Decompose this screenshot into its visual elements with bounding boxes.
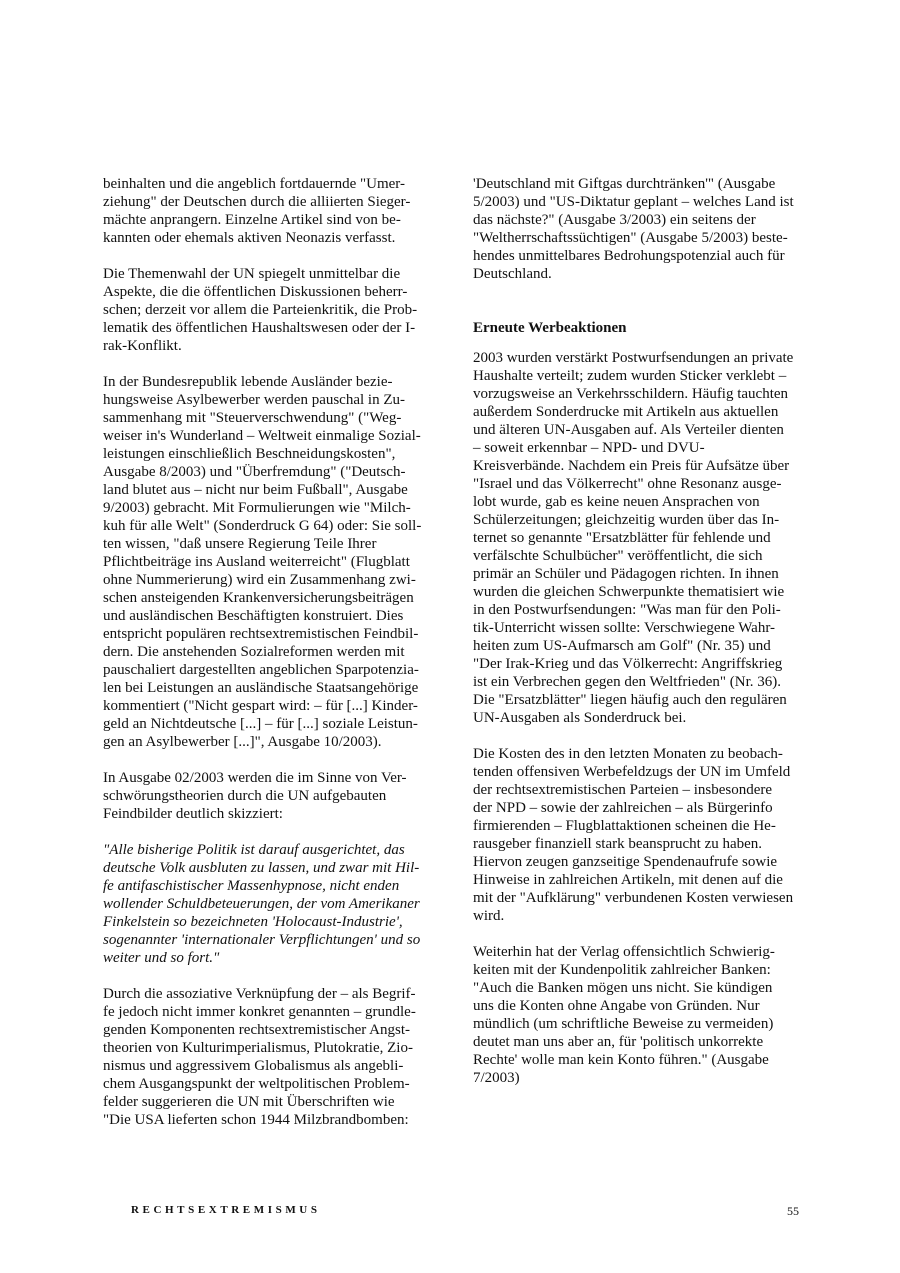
- text-line: "Weltherrschaftssüchtigen" (Ausgabe 5/20…: [473, 229, 803, 247]
- running-title: RECHTSEXTREMISMUS: [131, 1204, 321, 1216]
- text-line: kommentiert ("Nicht gespart wird: – für …: [103, 697, 433, 715]
- text-line: Haushalte verteilt; zudem wurden Sticker…: [473, 367, 803, 385]
- text-line: ohne Nummerierung) wird ein Zusammenhang…: [103, 571, 433, 589]
- text-line: deutet man uns aber an, für 'politisch u…: [473, 1033, 803, 1051]
- quote-line: "Alle bisherige Politik ist darauf ausge…: [103, 841, 433, 859]
- text-line: entspricht populären rechtsextremistisch…: [103, 625, 433, 643]
- quote-line: sogenannter 'internationaler Verpflichtu…: [103, 931, 433, 949]
- text-line: wurden die gleichen Schwerpunkte themati…: [473, 583, 803, 601]
- text-line: hungsweise Asylbewerber werden pauschal …: [103, 391, 433, 409]
- text-line: weiser in's Wunderland – Weltweit einmal…: [103, 427, 433, 445]
- paragraph-themenwahl: Die Themenwahl der UN spiegelt unmittelb…: [103, 265, 433, 355]
- right-column: 'Deutschland mit Giftgas durchtränken'" …: [473, 175, 803, 1087]
- text-line: "Die USA lieferten schon 1944 Milzbrandb…: [103, 1111, 433, 1129]
- text-line: beinhalten und die angeblich fortdauernd…: [103, 175, 433, 193]
- text-line: dern. Die anstehenden Sozialreformen wer…: [103, 643, 433, 661]
- paragraph-kosten: Die Kosten des in den letzten Monaten zu…: [473, 745, 803, 925]
- text-line: rak-Konflikt.: [103, 337, 433, 355]
- text-line: außerdem Sonderdrucke mit Artikeln aus a…: [473, 403, 803, 421]
- text-line: der rechtsextremistischen Parteien – ins…: [473, 781, 803, 799]
- text-line: Weiterhin hat der Verlag offensichtlich …: [473, 943, 803, 961]
- text-line: lematik des öffentlichen Haushaltswesen …: [103, 319, 433, 337]
- text-line: ternet so genannte "Ersatzblätter für fe…: [473, 529, 803, 547]
- quote-line: fe antifaschistischer Massenhypnose, nic…: [103, 877, 433, 895]
- text-line: – soweit erkennbar – NPD- und DVU-: [473, 439, 803, 457]
- text-line: primär an Schüler und Pädagogen richten.…: [473, 565, 803, 583]
- quote-line: weiter und so fort.": [103, 949, 433, 967]
- text-line: fe jedoch nicht immer konkret genannten …: [103, 1003, 433, 1021]
- text-line: "Israel und das Völkerrecht" ohne Resona…: [473, 475, 803, 493]
- text-line: "Auch die Banken mögen uns nicht. Sie kü…: [473, 979, 803, 997]
- text-line: in den Postwurfsendungen: "Was man für d…: [473, 601, 803, 619]
- text-line: schen ansteigenden Krankenversicherungsb…: [103, 589, 433, 607]
- paragraph-ausgabe-02-2003: In Ausgabe 02/2003 werden die im Sinne v…: [103, 769, 433, 823]
- text-line: kuh für alle Welt" (Sonderdruck G 64) od…: [103, 517, 433, 535]
- text-line: leistungen einschließlich Beschneidungsk…: [103, 445, 433, 463]
- text-line: firmierenden – Flugblattaktionen scheine…: [473, 817, 803, 835]
- text-line: verfälschte Schulbücher" veröffentlicht,…: [473, 547, 803, 565]
- quote-line: Finkelstein so bezeichneten 'Holocaust-I…: [103, 913, 433, 931]
- text-line: Kreisverbände. Nachdem ein Preis für Auf…: [473, 457, 803, 475]
- text-line: 7/2003): [473, 1069, 803, 1087]
- text-line: geld an Nichtdeutsche [...] – für [...] …: [103, 715, 433, 733]
- text-line: der NPD – sowie der zahlreichen – als Bü…: [473, 799, 803, 817]
- text-line: Durch die assoziative Verknüpfung der – …: [103, 985, 433, 1003]
- text-line: wird.: [473, 907, 803, 925]
- section-heading: Erneute Werbeaktionen: [473, 319, 803, 337]
- text-line: mit der "Aufklärung" verbundenen Kosten …: [473, 889, 803, 907]
- paragraph-werbeaktionen: 2003 wurden verstärkt Postwurfsendungen …: [473, 349, 803, 727]
- page-number: 55: [787, 1204, 799, 1219]
- text-line: tenden offensiven Werbefeldzugs der UN i…: [473, 763, 803, 781]
- text-line: Die "Ersatzblätter" liegen häufig auch d…: [473, 691, 803, 709]
- text-line: Die Kosten des in den letzten Monaten zu…: [473, 745, 803, 763]
- text-line: mündlich (um schriftliche Beweise zu ver…: [473, 1015, 803, 1033]
- block-quote: "Alle bisherige Politik ist darauf ausge…: [103, 841, 433, 967]
- text-line: Die Themenwahl der UN spiegelt unmittelb…: [103, 265, 433, 283]
- paragraph-verknuepfung: Durch die assoziative Verknüpfung der – …: [103, 985, 433, 1129]
- text-line: Rechte' wolle man kein Konto führen." (A…: [473, 1051, 803, 1069]
- text-line: Deutschland.: [473, 265, 803, 283]
- text-line: hendes unmittelbares Bedrohungspotenzial…: [473, 247, 803, 265]
- text-line: felder suggerieren die UN mit Überschrif…: [103, 1093, 433, 1111]
- text-line: rausgeber finanziell stark beansprucht z…: [473, 835, 803, 853]
- text-line: tik-Unterricht wissen sollte: Verschwieg…: [473, 619, 803, 637]
- text-line: und älteren UN-Ausgaben auf. Als Verteil…: [473, 421, 803, 439]
- text-line: Ausgabe 8/2003) und "Überfremdung" ("Deu…: [103, 463, 433, 481]
- text-line: genden Komponenten rechtsextremistischer…: [103, 1021, 433, 1039]
- text-line: Aspekte, die die öffentlichen Diskussion…: [103, 283, 433, 301]
- text-line: Schülerzeitungen; gleichzeitig wurden üb…: [473, 511, 803, 529]
- text-line: mächte anprangern. Einzelne Artikel sind…: [103, 211, 433, 229]
- text-line: 2003 wurden verstärkt Postwurfsendungen …: [473, 349, 803, 367]
- text-line: ten wissen, "daß unsere Regierung Teile …: [103, 535, 433, 553]
- text-line: keiten mit der Kundenpolitik zahlreicher…: [473, 961, 803, 979]
- paragraph-banken: Weiterhin hat der Verlag offensichtlich …: [473, 943, 803, 1087]
- text-line: UN-Ausgaben als Sonderdruck bei.: [473, 709, 803, 727]
- paragraph-auslaender: In der Bundesrepublik lebende Ausländer …: [103, 373, 433, 751]
- text-line: das nächste?" (Ausgabe 3/2003) ein seite…: [473, 211, 803, 229]
- text-line: In der Bundesrepublik lebende Ausländer …: [103, 373, 433, 391]
- text-line: 9/2003) gebracht. Mit Formulierungen wie…: [103, 499, 433, 517]
- text-line: pauschaliert dargestellten angeblichen S…: [103, 661, 433, 679]
- text-line: theorien von Kulturimperialismus, Plutok…: [103, 1039, 433, 1057]
- page-footer: RECHTSEXTREMISMUS 55: [131, 1204, 799, 1220]
- text-line: Hinweise in zahlreichen Artikeln, mit de…: [473, 871, 803, 889]
- text-line: sammenhang mit "Steuerverschwendung" ("W…: [103, 409, 433, 427]
- text-line: Hiervon zeugen ganzseitige Spendenaufruf…: [473, 853, 803, 871]
- text-line: gen an Asylbewerber [...]", Ausgabe 10/2…: [103, 733, 433, 751]
- text-line: nismus und aggressivem Globalismus als a…: [103, 1057, 433, 1075]
- left-column: beinhalten und die angeblich fortdauernd…: [103, 175, 433, 1129]
- text-line: lobt wurde, gab es keine neuen Ansprache…: [473, 493, 803, 511]
- text-line: vorzugsweise an Verkehrsschildern. Häufi…: [473, 385, 803, 403]
- text-line: land blutet aus – nicht nur beim Fußball…: [103, 481, 433, 499]
- text-line: kannten oder ehemals aktiven Neonazis ve…: [103, 229, 433, 247]
- text-line: Pflichtbeiträge ins Ausland weiterreicht…: [103, 553, 433, 571]
- quote-line: wollender Schuldbeteuerungen, der vom Am…: [103, 895, 433, 913]
- text-line: schwörungstheorien durch die UN aufgebau…: [103, 787, 433, 805]
- text-line: schen; derzeit vor allem die Parteienkri…: [103, 301, 433, 319]
- text-line: uns die Konten ohne Angabe von Gründen. …: [473, 997, 803, 1015]
- text-line: 5/2003) und "US-Diktatur geplant – welch…: [473, 193, 803, 211]
- paragraph-continuation: 'Deutschland mit Giftgas durchtränken'" …: [473, 175, 803, 283]
- text-line: Feindbilder deutlich skizziert:: [103, 805, 433, 823]
- quote-line: deutsche Volk ausbluten zu lassen, und z…: [103, 859, 433, 877]
- paragraph-umerziehung: beinhalten und die angeblich fortdauernd…: [103, 175, 433, 247]
- text-line: heiten zum US-Aufmarsch am Golf" (Nr. 35…: [473, 637, 803, 655]
- text-line: len bei Leistungen an ausländische Staat…: [103, 679, 433, 697]
- text-line: ziehung" der Deutschen durch die alliier…: [103, 193, 433, 211]
- text-line: ist ein Verbrechen gegen den Weltfrieden…: [473, 673, 803, 691]
- text-line: chem Ausgangspunkt der weltpolitischen P…: [103, 1075, 433, 1093]
- text-line: und ausländischen Beschäftigten konstrui…: [103, 607, 433, 625]
- text-line: 'Deutschland mit Giftgas durchtränken'" …: [473, 175, 803, 193]
- text-line: "Der Irak-Krieg und das Völkerrecht: Ang…: [473, 655, 803, 673]
- text-line: In Ausgabe 02/2003 werden die im Sinne v…: [103, 769, 433, 787]
